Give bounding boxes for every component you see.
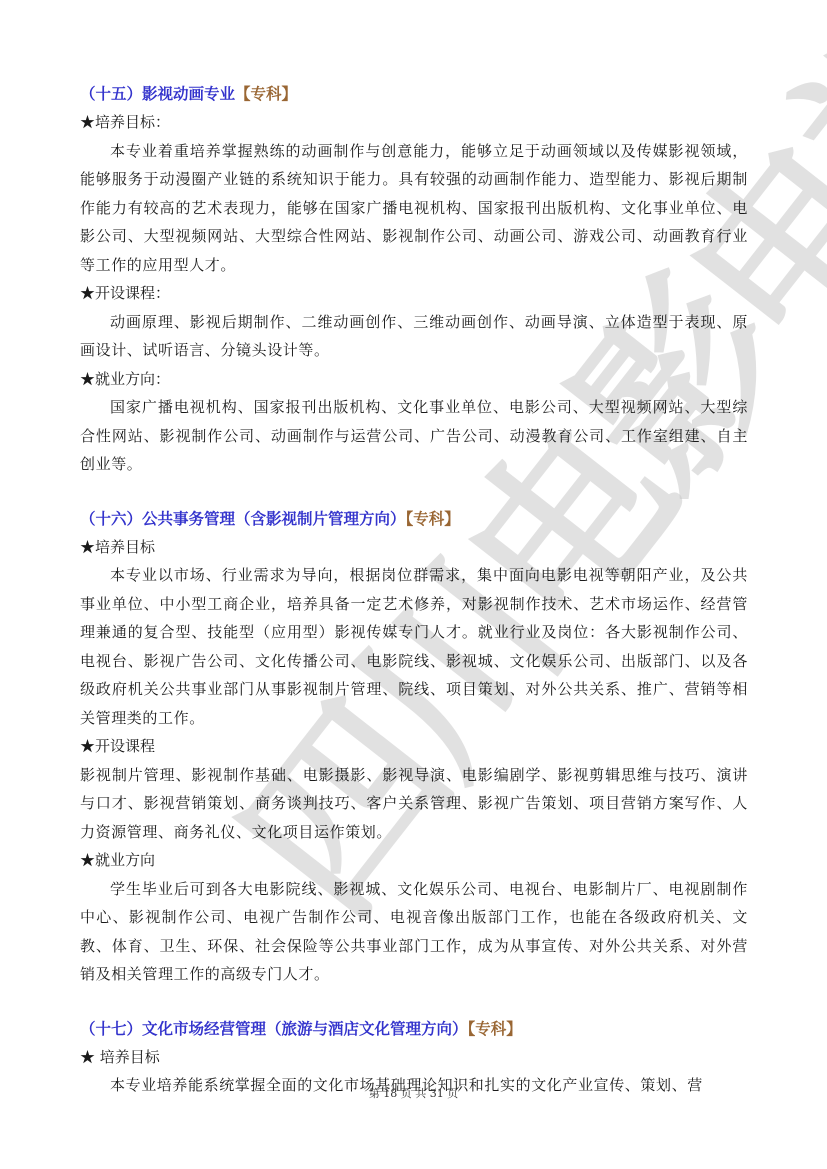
training-goal-label: ★ 培养目标	[80, 1043, 748, 1072]
section-title: （十五）影视动画专业	[80, 85, 235, 103]
training-goal-text: 本专业着重培养掌握熟练的动画制作与创意能力，能够立足于动画领域以及传媒影视领域，…	[80, 137, 748, 280]
page-footer: 第 18 页 共 31 页	[0, 1085, 827, 1101]
document-page: 四川电影电视学院 （十五）影视动画专业【专科】 ★培养目标： 本专业着重培养掌握…	[0, 0, 827, 1169]
courses-text: 影视制片管理、影视制作基础、电影摄影、影视导演、电影编剧学、影视剪辑思维与技巧、…	[80, 761, 748, 847]
section-heading: （十五）影视动画专业【专科】	[80, 80, 748, 108]
training-goal-label: ★培养目标：	[80, 108, 748, 137]
career-text: 学生毕业后可到各大电影院线、影视城、文化娱乐公司、电视台、电影制片厂、电视剧制作…	[80, 875, 748, 989]
career-text: 国家广播电视机构、国家报刊出版机构、文化事业单位、电影公司、大型视频网站、大型综…	[80, 393, 748, 479]
courses-label: ★开设课程	[80, 732, 748, 761]
section-title: （十六）公共事务管理（含影视制片管理方向）	[80, 510, 406, 528]
section-tag: 【专科】	[468, 1020, 522, 1038]
section-title: （十七）文化市场经营管理（旅游与酒店文化管理方向）	[80, 1020, 468, 1038]
section-tag: 【专科】	[406, 510, 460, 528]
training-goal-text: 本专业以市场、行业需求为导向，根据岗位群需求，集中面向电影电视等朝阳产业，及公共…	[80, 561, 748, 732]
page-content: （十五）影视动画专业【专科】 ★培养目标： 本专业着重培养掌握熟练的动画制作与创…	[80, 80, 748, 1100]
courses-label: ★开设课程：	[80, 279, 748, 308]
career-label: ★就业方向：	[80, 365, 748, 394]
training-goal-label: ★培养目标	[80, 533, 748, 562]
section-tag: 【专科】	[235, 85, 297, 103]
courses-text: 动画原理、影视后期制作、二维动画创作、三维动画创作、动画导演、立体造型于表现、原…	[80, 308, 748, 365]
section-heading: （十七）文化市场经营管理（旅游与酒店文化管理方向）【专科】	[80, 1015, 748, 1043]
section-heading: （十六）公共事务管理（含影视制片管理方向）【专科】	[80, 505, 748, 533]
career-label: ★就业方向	[80, 846, 748, 875]
